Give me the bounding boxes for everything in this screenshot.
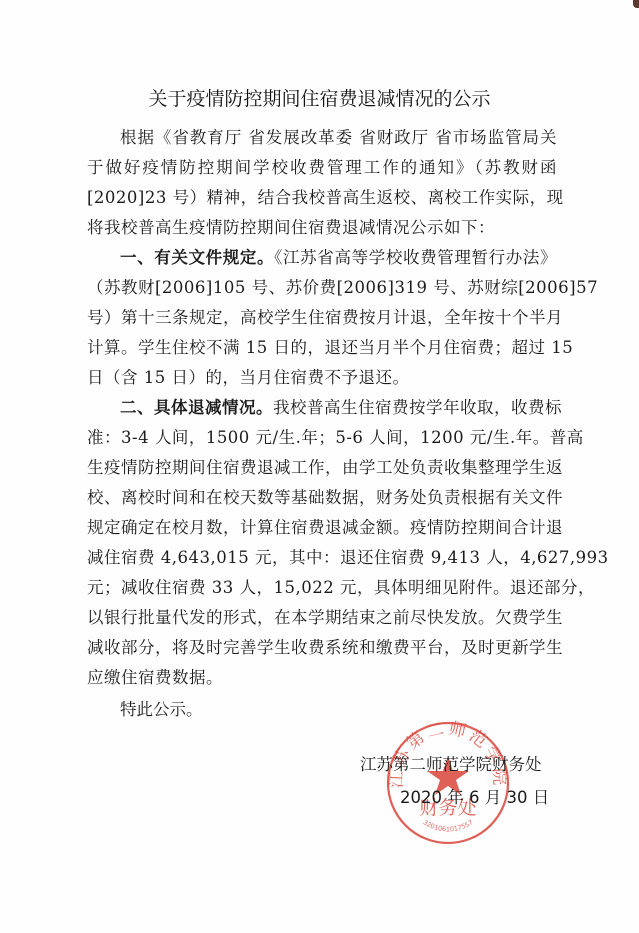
scan-artifact <box>633 0 639 8</box>
paragraph-line: 于做好疫情防控期间学校收费管理工作的通知》（苏教财函 <box>87 153 557 183</box>
section-1-text: 《江苏省高等学校收费管理暂行办法》 <box>274 248 557 267</box>
paragraph-line: 以银行批量代发的形式，在本学期结束之前尽快发放。欠费学生 <box>87 603 557 633</box>
section-2-first-line: 二、具体退减情况。我校普高生住宿费按学年收取，收费标 <box>120 393 557 423</box>
paragraph-line: 日（含 15 日）的，当月住宿费不予退还。 <box>87 363 557 393</box>
section-1-heading: 一、有关文件规定。 <box>120 248 274 267</box>
paragraph-line: 号）第十三条规定，高校学生住宿费按月计退，全年按十个半月 <box>87 303 557 333</box>
paragraph-line: 减收部分，将及时完善学生收费系统和缴费平台，及时更新学生 <box>87 633 557 663</box>
document-title: 关于疫情防控期间住宿费退减情况的公示 <box>0 84 639 111</box>
paragraph-line: 元；减收住宿费 33 人，15,022 元，具体明细见附件。退还部分， <box>87 573 557 603</box>
section-1-first-line: 一、有关文件规定。《江苏省高等学校收费管理暂行办法》 <box>120 243 557 273</box>
section-2-heading: 二、具体退减情况。 <box>120 398 273 417</box>
paragraph-line: 规定确定在校月数，计算住宿费退减金额。疫情防控期间合计退 <box>87 513 557 543</box>
svg-text:3201061017557: 3201061017557 <box>422 818 475 833</box>
paragraph-line: 根据《省教育厅 省发展改革委 省财政厅 省市场监管局关 <box>120 123 557 153</box>
paragraph-line: [2020]23 号）精神，结合我校普高生返校、离校工作实际，现 <box>87 183 557 213</box>
paragraph-line: 生疫情防控期间住宿费退减工作，由学工处负责收集整理学生返 <box>87 453 557 483</box>
closing-text: 特此公示。 <box>120 695 203 725</box>
paragraph-line: 应缴住宿费数据。 <box>87 663 557 693</box>
document-page: 关于疫情防控期间住宿费退减情况的公示 根据《省教育厅 省发展改革委 省财政厅 省… <box>0 0 639 933</box>
signature-date: 2020 年 6 月 30 日 <box>400 783 549 813</box>
signature-department: 江苏第二师范学院财务处 <box>360 750 542 780</box>
paragraph-line: （苏教财[2006]105 号、苏价费[2006]319 号、苏财综[2006]… <box>87 273 557 303</box>
section-2-text: 我校普高生住宿费按学年收取，收费标 <box>273 398 562 417</box>
paragraph-line: 校、离校时间和在校天数等基础数据，财务处负责根据有关文件 <box>87 483 557 513</box>
paragraph-line: 减住宿费 4,643,015 元，其中：退还住宿费 9,413 人，4,627,… <box>87 543 557 573</box>
paragraph-line: 准：3-4 人间，1500 元/生.年；5-6 人间，1200 元/生.年。普高 <box>87 423 557 453</box>
paragraph-line: 将我校普高生疫情防控期间住宿费退减情况公示如下： <box>87 213 557 243</box>
paragraph-line: 计算。学生住校不满 15 日的，退还当月半个月住宿费；超过 15 <box>87 333 557 363</box>
